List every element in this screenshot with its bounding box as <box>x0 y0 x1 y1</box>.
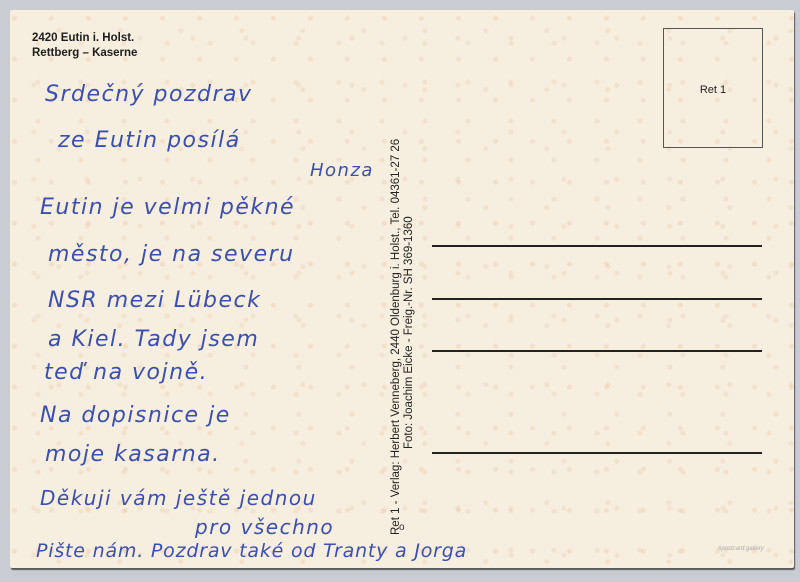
handwritten-signature: Honza <box>310 160 374 181</box>
publisher-info: Ret 1 - Verlag: Herbert Venneberg, 2440 … <box>390 139 416 535</box>
publisher-line: Ret 1 - Verlag: Herbert Venneberg, 2440 … <box>390 139 403 535</box>
photo-credit-line: Foto: Joachim Eicke - Freig.-Nr. SH 369-… <box>403 139 416 535</box>
handwritten-line: a Kiel. Tady jsem <box>48 327 259 352</box>
watermark: #postcard.gallery <box>718 546 764 552</box>
stamp-label: Ret 1 <box>664 84 762 96</box>
address-line <box>432 350 762 352</box>
handwritten-line: NSR mezi Lübeck <box>48 288 261 313</box>
handwritten-line: Pište nám. Pozdrav také od Tranty a Jorg… <box>36 540 467 562</box>
address-line <box>432 245 762 247</box>
handwritten-line: Na dopisnice je <box>40 403 231 428</box>
handwritten-line: Srdečný pozdrav <box>45 82 253 107</box>
stamp-box: Ret 1 <box>663 28 763 148</box>
postcard-caption: 2420 Eutin i. Holst. Rettberg – Kaserne <box>32 31 137 61</box>
handwritten-line: pro všechno <box>195 515 334 539</box>
handwritten-line: moje kasarna. <box>45 442 221 467</box>
caption-subject: Rettberg – Kaserne <box>32 46 137 61</box>
handwritten-line: město, je na severu <box>48 242 295 267</box>
address-line <box>432 452 762 454</box>
handwritten-line: Eutin je velmi pěkné <box>40 195 295 220</box>
handwritten-line: ze Eutin posílá <box>58 128 241 153</box>
handwritten-line: teď na vojně. <box>44 360 208 385</box>
handwritten-line: Děkuji vám ještě jednou <box>40 486 317 510</box>
address-line <box>432 298 762 300</box>
caption-location: 2420 Eutin i. Holst. <box>32 31 137 46</box>
circle-mark-icon: o <box>399 522 405 533</box>
